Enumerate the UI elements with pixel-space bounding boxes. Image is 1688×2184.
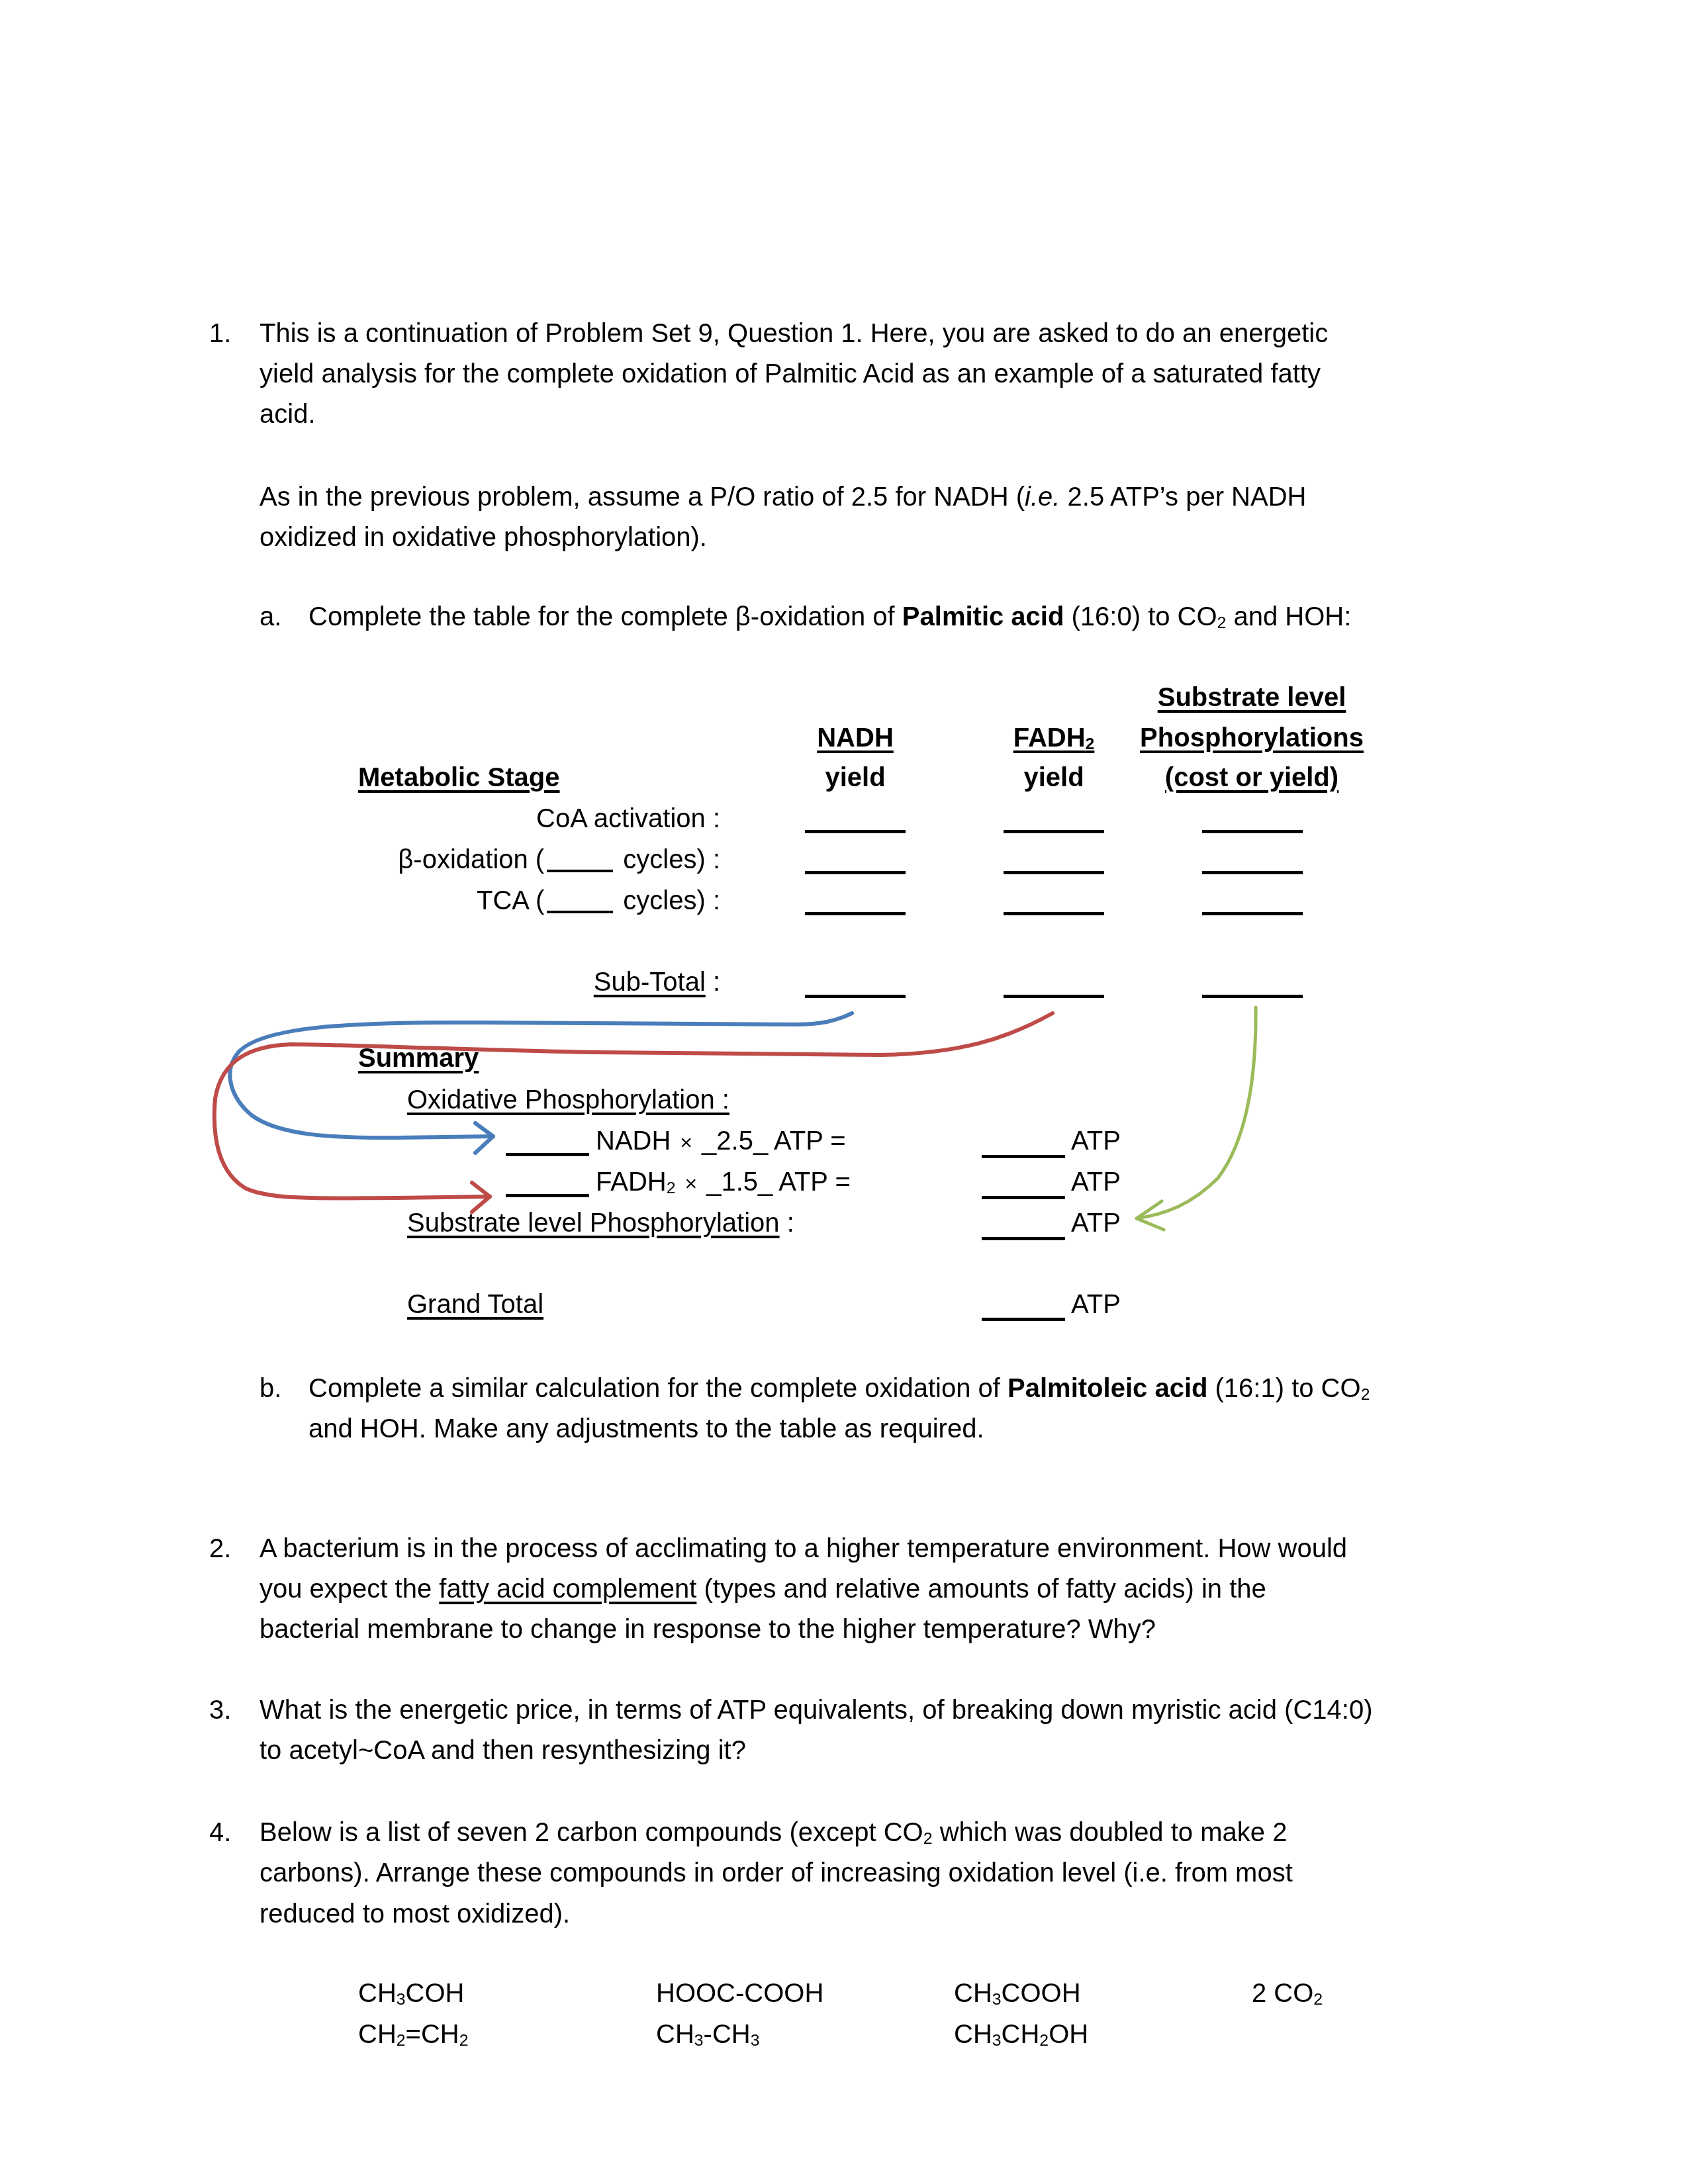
q1-number: 1.	[209, 318, 231, 349]
q4-number: 4.	[209, 1817, 231, 1848]
compound-ethane: CH3-CH3	[656, 2019, 759, 2050]
subtotal-nadh-blank[interactable]	[805, 995, 906, 998]
coa-fadh-blank[interactable]	[1004, 830, 1104, 833]
part-a-text: Complete the table for the complete β-ox…	[308, 601, 1351, 633]
tca-slp-blank[interactable]	[1202, 912, 1303, 915]
summary-title: Summary	[358, 1042, 479, 1074]
compound-carbon-dioxide: 2 CO2	[1252, 1978, 1323, 2009]
header-slp-1: Substrate level	[1129, 682, 1374, 713]
nadh-calc-row: NADH×_2.5_ ATP =	[596, 1125, 846, 1157]
nadh-arrowhead-icon	[475, 1123, 493, 1153]
po-ratio-line-1: As in the previous problem, assume a P/O…	[259, 481, 1306, 513]
nadh-count-blank[interactable]	[506, 1153, 589, 1156]
row-beta-oxidation-label: β-oxidation ( cycles) :	[398, 844, 720, 876]
po-ratio-text: As in the previous problem, assume a P/O…	[259, 482, 1025, 512]
q1-text-line-2: yield analysis for the complete oxidatio…	[259, 358, 1321, 390]
fadh-atp-blank[interactable]	[982, 1196, 1065, 1199]
nadh-atp-unit: ATP	[1071, 1125, 1121, 1157]
subtotal-label: Sub-Total :	[594, 966, 720, 998]
beta-slp-blank[interactable]	[1202, 871, 1303, 874]
times-icon: ×	[684, 1171, 697, 1195]
header-fadh-yield: yield	[988, 762, 1120, 794]
header-fadh: FADH2	[988, 722, 1120, 754]
nadh-atp-blank[interactable]	[982, 1155, 1065, 1158]
part-a-text-end: and HOH:	[1226, 602, 1351, 631]
po-ratio-text-end: 2.5 ATP’s per NADH	[1060, 482, 1306, 512]
compound-ethylene: CH2=CH2	[358, 2019, 469, 2050]
oxphos-label: Oxidative Phosphorylation :	[407, 1084, 729, 1116]
beta-fadh-blank[interactable]	[1004, 871, 1104, 874]
nadh-flow-arrow-icon	[230, 1013, 852, 1138]
tca-fadh-blank[interactable]	[1004, 912, 1104, 915]
grand-total-atp-blank[interactable]	[982, 1318, 1065, 1321]
q1-text-line-3: acid.	[259, 398, 316, 430]
coa-slp-blank[interactable]	[1202, 830, 1303, 833]
header-metabolic-stage: Metabolic Stage	[358, 762, 560, 794]
part-a-palmitic: Palmitic acid	[902, 602, 1064, 631]
compound-ethanol: CH3CH2OH	[954, 2019, 1088, 2050]
part-a-label: a.	[259, 601, 281, 633]
q2-line-3: bacterial membrane to change in response…	[259, 1614, 1156, 1645]
times-icon: ×	[680, 1130, 692, 1154]
subtotal-fadh-blank[interactable]	[1004, 995, 1104, 998]
q4-line-1: Below is a list of seven 2 carbon compou…	[259, 1817, 1287, 1848]
grand-total-label: Grand Total	[407, 1289, 543, 1320]
beta-nadh-blank[interactable]	[805, 871, 906, 874]
fadh-count-blank[interactable]	[506, 1194, 589, 1197]
tca-cycles-blank[interactable]	[547, 911, 613, 913]
part-a-text-before: Complete the table for the complete β-ox…	[308, 602, 902, 631]
slp-atp-blank[interactable]	[982, 1237, 1065, 1240]
q3-line-2: to acetyl~CoA and then resynthesizing it…	[259, 1735, 746, 1766]
header-nadh-yield: yield	[789, 762, 921, 794]
q3-line-1: What is the energetic price, in terms of…	[259, 1694, 1372, 1726]
compound-oxalic-acid: HOOC-COOH	[656, 1978, 823, 2009]
coa-nadh-blank[interactable]	[805, 830, 906, 833]
compound-acetic-acid: CH3COOH	[954, 1978, 1081, 2009]
compound-acetaldehyde: CH3COH	[358, 1978, 464, 2009]
grand-total-atp-unit: ATP	[1071, 1289, 1121, 1320]
header-nadh: NADH	[789, 722, 921, 754]
fadh-calc-row: FADH2×_1.5_ ATP =	[596, 1166, 851, 1198]
fatty-acid-complement: fatty acid complement	[439, 1574, 696, 1604]
q2-line-2: you expect the fatty acid complement (ty…	[259, 1573, 1266, 1605]
po-ratio-line-2: oxidized in oxidative phosphorylation).	[259, 522, 707, 553]
part-b-line-1: Complete a similar calculation for the c…	[308, 1373, 1370, 1404]
q2-line-1: A bacterium is in the process of acclima…	[259, 1533, 1347, 1565]
part-b-palmitoleic: Palmitoleic acid	[1008, 1374, 1207, 1403]
q1-text-line-1: This is a continuation of Problem Set 9,…	[259, 318, 1328, 349]
part-a-text-after: (16:0) to CO	[1064, 602, 1217, 631]
beta-cycles-blank[interactable]	[547, 870, 613, 872]
q2-number: 2.	[209, 1533, 231, 1565]
row-coa-activation-label: CoA activation :	[536, 803, 720, 835]
part-a-sub: 2	[1217, 614, 1227, 632]
q3-number: 3.	[209, 1694, 231, 1726]
header-slp-3: (cost or yield)	[1116, 762, 1387, 794]
q4-line-2: carbons). Arrange these compounds in ord…	[259, 1857, 1293, 1889]
tca-nadh-blank[interactable]	[805, 912, 906, 915]
subtotal-slp-blank[interactable]	[1202, 995, 1303, 998]
fadh-atp-unit: ATP	[1071, 1166, 1121, 1198]
slp-flow-arrow-icon	[1137, 1007, 1256, 1218]
part-b-label: b.	[259, 1373, 281, 1404]
slp-label: Substrate level Phosphorylation :	[407, 1207, 794, 1239]
header-slp-2: Phosphorylations	[1116, 722, 1387, 754]
slp-arrowhead-icon	[1137, 1201, 1164, 1230]
po-ratio-ie: i.e.	[1025, 482, 1060, 512]
row-tca-label: TCA ( cycles) :	[477, 885, 720, 917]
part-b-line-2: and HOH. Make any adjustments to the tab…	[308, 1413, 984, 1445]
slp-atp-unit: ATP	[1071, 1207, 1121, 1239]
q4-line-3: reduced to most oxidized).	[259, 1898, 570, 1930]
